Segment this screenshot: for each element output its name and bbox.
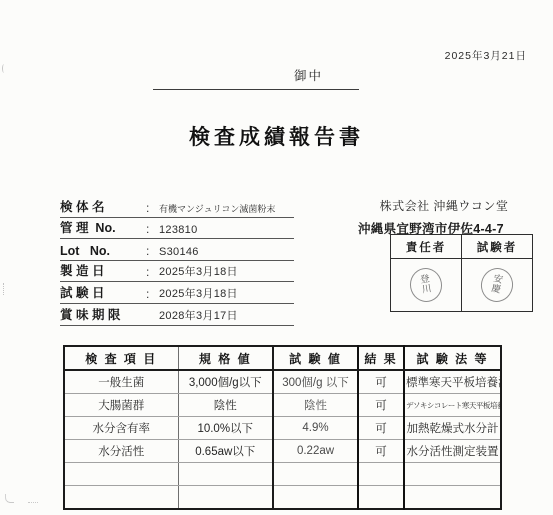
field-best-before: 賞 味 期 限 2028年3月17日: [60, 304, 294, 326]
field-manufacture-date: 製 造 日 : 2025年3月18日: [60, 261, 294, 283]
table-row-empty: [64, 486, 501, 510]
cell-spec: [178, 463, 273, 486]
field-label: 製 造 日: [60, 261, 146, 279]
cell-test: [273, 486, 358, 510]
page-title: 検査成績報告書: [0, 121, 553, 151]
field-test-date: 試 験 日 : 2025年3月18日: [60, 282, 294, 304]
col-header-test: 試 験 値: [273, 346, 358, 370]
cell-test: 4.9%: [273, 417, 358, 440]
cell-spec: 10.0%以下: [178, 417, 273, 440]
results-table: 検 査 項 目 規 格 値 試 験 値 結 果 試 験 法 等 一般生菌 3,0…: [63, 345, 502, 510]
results-table-wrap: 検 査 項 目 規 格 値 試 験 値 結 果 試 験 法 等 一般生菌 3,0…: [63, 345, 502, 510]
company-block: 株式会社 沖縄ウコン堂 沖縄県宜野湾市伊佐4-4-7: [358, 197, 530, 237]
attention-line: 御中: [153, 66, 359, 90]
specimen-fields: 検 体 名 : 有機マンジュリコン滅菌粉末 管 理 No. : 123810 L…: [60, 196, 294, 326]
field-colon: :: [146, 222, 159, 236]
field-specimen-name: 検 体 名 : 有機マンジュリコン滅菌粉末: [60, 196, 294, 218]
field-colon: :: [146, 265, 159, 279]
report-date: 2025年3月21日: [445, 48, 527, 63]
cell-result: 可: [358, 417, 404, 440]
cell-result: [358, 463, 404, 486]
cell-method: [404, 486, 501, 510]
hanko-stamp-tester: 安 慶: [478, 265, 516, 305]
col-header-method: 試 験 法 等: [404, 346, 501, 370]
cell-spec: 0.65aw以下: [178, 440, 273, 463]
cell-spec: 3,000個/g以下: [178, 370, 273, 394]
cell-method: デソキシコレート寒天平板培養法: [404, 394, 501, 417]
cell-result: 可: [358, 394, 404, 417]
scan-artifact: [3, 283, 6, 295]
field-value: 有機マンジュリコン滅菌粉末: [159, 202, 275, 215]
cell-method: 標準寒天平板培養法: [404, 370, 501, 394]
field-colon: :: [146, 201, 159, 215]
field-label: 賞 味 期 限: [60, 305, 146, 323]
cell-result: 可: [358, 370, 404, 394]
cell-item: [64, 486, 178, 510]
cell-test: 陰性: [273, 394, 358, 417]
field-control-no: 管 理 No. : 123810: [60, 218, 294, 240]
col-header-result: 結 果: [358, 346, 404, 370]
field-label: Lot No.: [60, 244, 146, 258]
cell-item: 一般生菌: [64, 370, 178, 394]
cell-method: [404, 463, 501, 486]
table-row: 水分含有率 10.0%以下 4.9% 可 加熱乾燥式水分計: [64, 417, 501, 440]
cell-test: 300個/g 以下: [273, 370, 358, 394]
table-row: 大腸菌群 陰性 陰性 可 デソキシコレート寒天平板培養法: [64, 394, 501, 417]
table-row: 一般生菌 3,000個/g以下 300個/g 以下 可 標準寒天平板培養法: [64, 370, 501, 394]
scan-artifact: [28, 499, 38, 503]
cell-spec: [178, 486, 273, 510]
scan-artifact: [5, 494, 14, 503]
field-value: S30146: [159, 246, 199, 258]
field-value: 2028年3月17日: [159, 307, 238, 323]
col-header-spec: 規 格 値: [178, 346, 273, 370]
cell-item: 水分含有率: [64, 417, 178, 440]
approval-header-responsible: 責任者: [391, 235, 462, 259]
cell-test: [273, 463, 358, 486]
field-colon: :: [146, 287, 159, 301]
approval-cell-responsible: 登 川: [391, 259, 462, 312]
company-name: 株式会社 沖縄ウコン堂: [358, 197, 530, 214]
field-lot-no: Lot No. : S30146: [60, 239, 294, 261]
cell-result: 可: [358, 440, 404, 463]
approval-cell-tester: 安 慶: [462, 259, 533, 312]
scan-artifact: [2, 64, 6, 73]
field-label: 検 体 名: [60, 197, 146, 215]
field-value: 2025年3月18日: [159, 263, 238, 279]
field-label: 試 験 日: [60, 283, 146, 301]
approval-table: 責任者 試験者 登 川 安 慶: [390, 234, 533, 312]
field-value: 123810: [159, 224, 198, 236]
field-label: 管 理 No.: [60, 218, 146, 236]
cell-item: [64, 463, 178, 486]
field-colon: :: [146, 244, 159, 258]
cell-test: 0.22aw: [273, 440, 358, 463]
table-row: 水分活性 0.65aw以下 0.22aw 可 水分活性測定装置: [64, 440, 501, 463]
stamp-char: 川: [421, 284, 432, 295]
cell-result: [358, 486, 404, 510]
col-header-item: 検 査 項 目: [64, 346, 178, 370]
cell-item: 大腸菌群: [64, 394, 178, 417]
cell-item: 水分活性: [64, 440, 178, 463]
cell-method: 加熱乾燥式水分計: [404, 417, 501, 440]
hanko-stamp-responsible: 登 川: [407, 265, 444, 304]
table-row-empty: [64, 463, 501, 486]
inspection-report-page: 2025年3月21日 御中 検査成績報告書 検 体 名 : 有機マンジュリコン滅…: [0, 0, 553, 515]
approval-header-tester: 試験者: [462, 235, 533, 259]
stamp-char: 慶: [490, 284, 501, 296]
cell-spec: 陰性: [178, 394, 273, 417]
cell-method: 水分活性測定装置: [404, 440, 501, 463]
field-value: 2025年3月18日: [159, 285, 238, 301]
results-header-row: 検 査 項 目 規 格 値 試 験 値 結 果 試 験 法 等: [64, 346, 501, 370]
